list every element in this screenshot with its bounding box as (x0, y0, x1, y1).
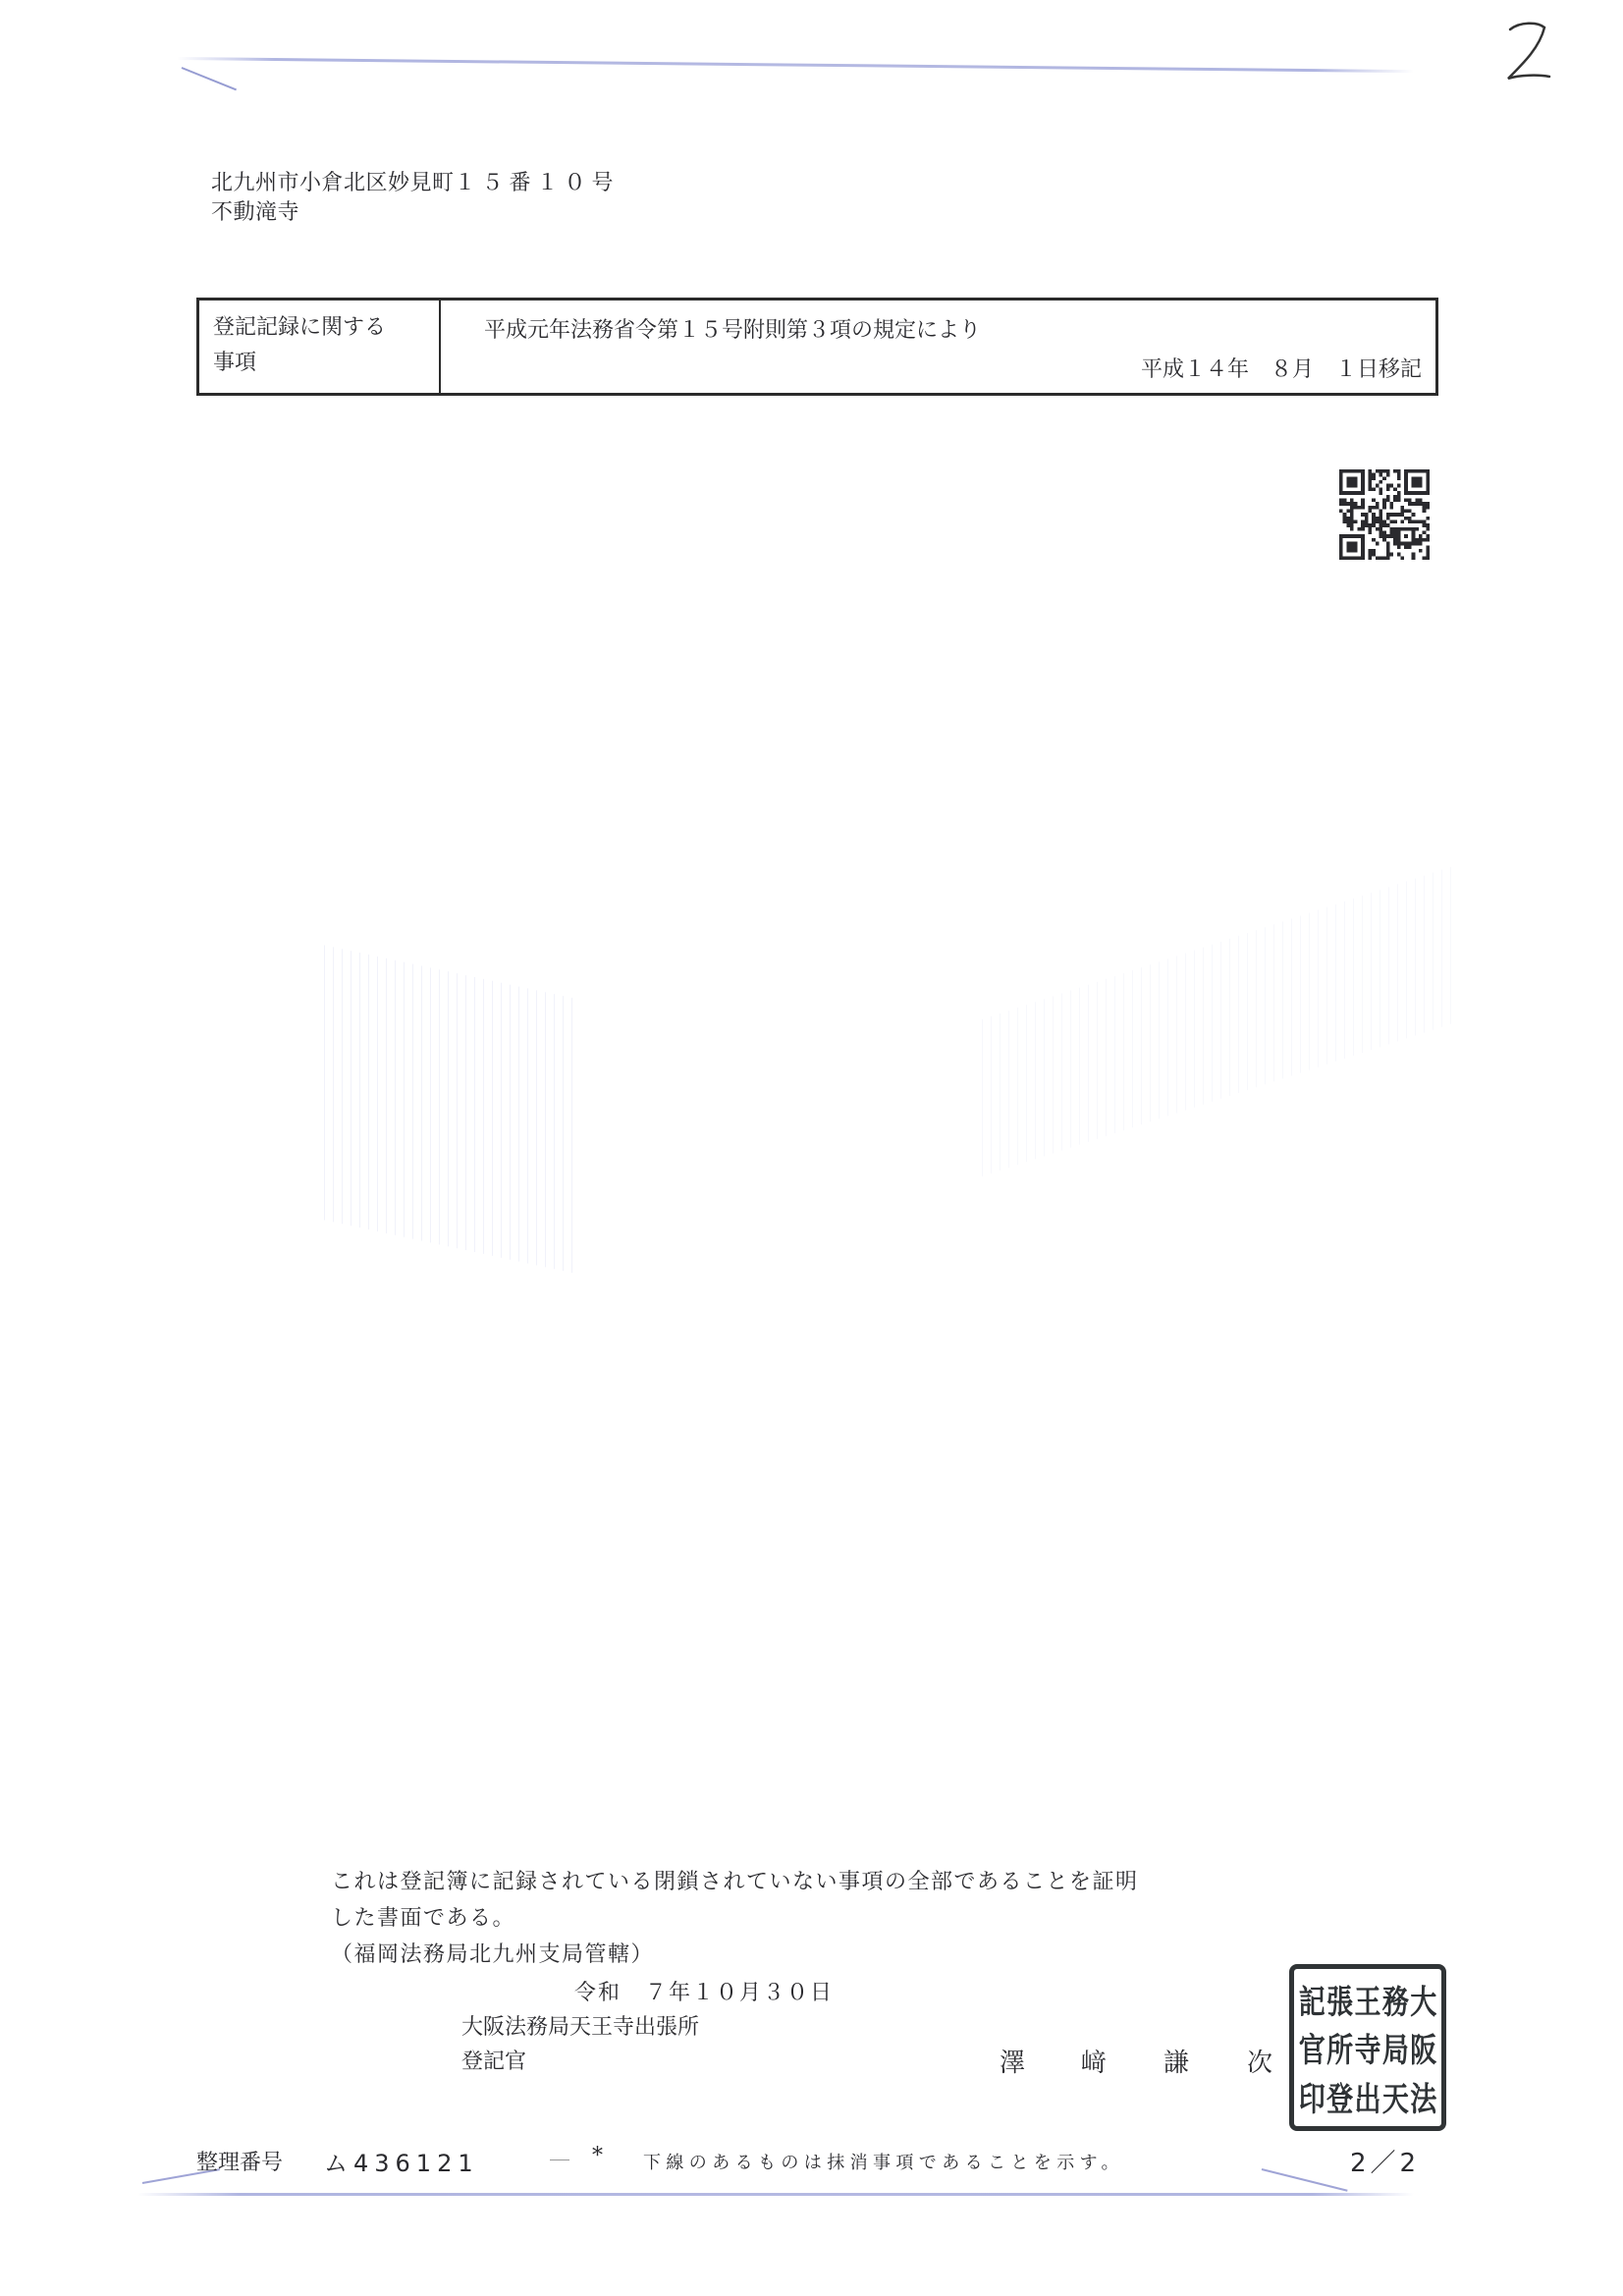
seal-character: 法 (1410, 2065, 1437, 2126)
scan-artifact-top-line (177, 57, 1414, 73)
address-line: 北九州市小倉北区妙見町１５番１０号 (211, 169, 620, 198)
certification-date: 令和 ７年１０月３０日 (574, 1976, 834, 2006)
scan-artifact-bottom-hook-right (1262, 2168, 1348, 2192)
qr-code-icon (1337, 469, 1432, 560)
issuing-office: 大阪法務局天王寺出張所 (461, 2010, 699, 2041)
handwritten-page-mark (1500, 18, 1559, 86)
scan-artifact-bottom-line (137, 2193, 1414, 2196)
record-table-content: 平成元年法務省令第１５号附則第３項の規定により (484, 313, 981, 344)
seal-character: 登 (1325, 2065, 1353, 2126)
officer-name-char: 澤 (1000, 2043, 1025, 2079)
temple-name: 不動滝寺 (211, 198, 620, 228)
divider (550, 2159, 569, 2160)
officer-name-char: 次 (1247, 2043, 1272, 2079)
record-table-label: 登記記録に関する 事項 (213, 310, 386, 381)
asterisk-mark: * (592, 2144, 603, 2168)
seal-character: 印 (1298, 2065, 1325, 2126)
record-table-date: 平成１４年 ８月 １日移記 (1141, 353, 1422, 383)
officer-name-char: 謙 (1163, 2043, 1189, 2079)
scan-artifact-top-hook (182, 67, 237, 90)
table-divider (439, 301, 441, 393)
reference-number-label: 整理番号 (196, 2146, 283, 2176)
page-indicator: 2／2 (1350, 2143, 1420, 2179)
seal-character: 天 (1381, 2065, 1409, 2126)
scan-bleed-through (324, 945, 579, 1274)
scan-bleed-through (982, 866, 1453, 1176)
officer-name-char: 﨑 (1081, 2043, 1107, 2079)
strikeout-legend-note: 下線のあるものは抹消事項であることを示す。 (643, 2149, 1124, 2174)
officer-title: 登記官 (461, 2045, 526, 2075)
reference-number: ム436121 (324, 2144, 479, 2178)
official-seal-stamp: 記張王務大官所寺局阪印登出天法 (1289, 1964, 1446, 2131)
property-address: 北九州市小倉北区妙見町１５番１０号 不動滝寺 (211, 169, 620, 228)
certification-text: これは登記簿に記録されている閉鎖されていない事項の全部であることを証明 した書面… (331, 1864, 1139, 1973)
registration-record-table: 登記記録に関する 事項 平成元年法務省令第１５号附則第３項の規定により 平成１４… (196, 298, 1438, 396)
seal-character: 出 (1354, 2065, 1381, 2126)
